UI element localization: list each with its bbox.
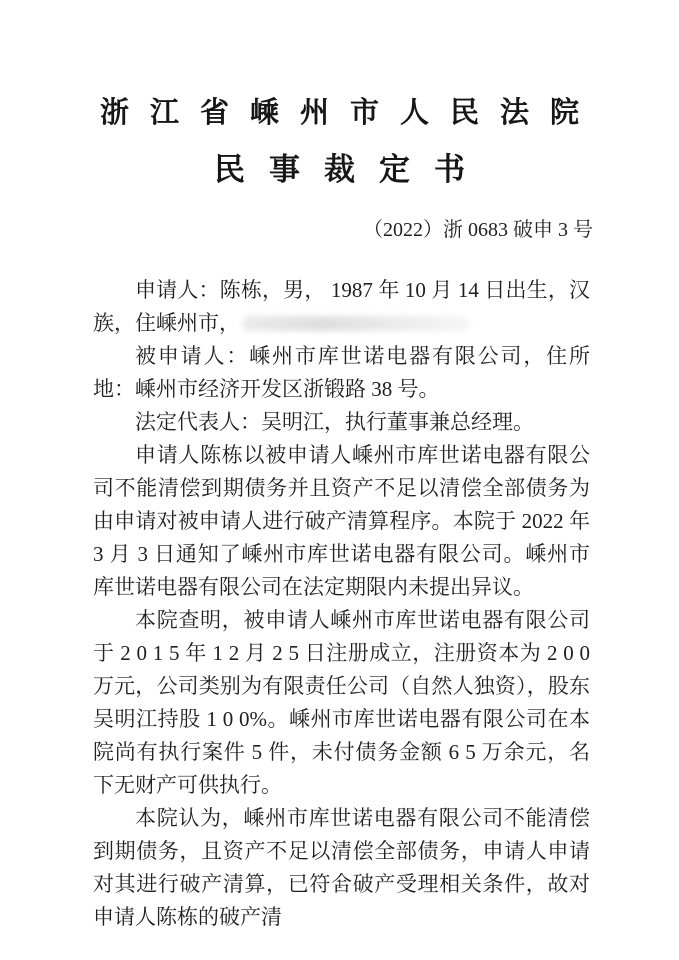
page-number: 1 [0, 876, 679, 892]
case-number: （2022）浙 0683 破申 3 号 [0, 213, 679, 242]
paragraph: 申请人：陈栋，男， 1987 年 10 月 14 日出生，汉族，住嵊州市， [93, 274, 590, 340]
paragraph: 被申请人：嵊州市库世诺电器有限公司，住所地：嵊州市经济开发区浙锻路 38 号。 [93, 340, 590, 406]
redacted-address [242, 316, 470, 331]
document-page: 浙江省嵊州市人民法院 民事裁定书 （2022）浙 0683 破申 3 号 申请人… [0, 0, 679, 960]
court-name-heading: 浙江省嵊州市人民法院 [0, 90, 679, 131]
paragraph: 本院查明，被申请人嵊州市库世诺电器有限公司于 2 0 1 5 年 1 2 月 2… [93, 604, 590, 802]
document-body: 申请人：陈栋，男， 1987 年 10 月 14 日出生，汉族，住嵊州市，被申请… [93, 274, 590, 934]
paragraph: 申请人陈栋以被申请人嵊州市库世诺电器有限公司不能清偿到期债务并且资产不足以清偿全… [93, 439, 590, 604]
paragraph: 法定代表人：吴明江，执行董事兼总经理。 [93, 406, 590, 439]
paragraph: 本院认为，嵊州市库世诺电器有限公司不能清偿到期债务，且资产不足以清偿全部债务，申… [93, 802, 590, 934]
document-type-heading: 民事裁定书 [0, 144, 679, 189]
